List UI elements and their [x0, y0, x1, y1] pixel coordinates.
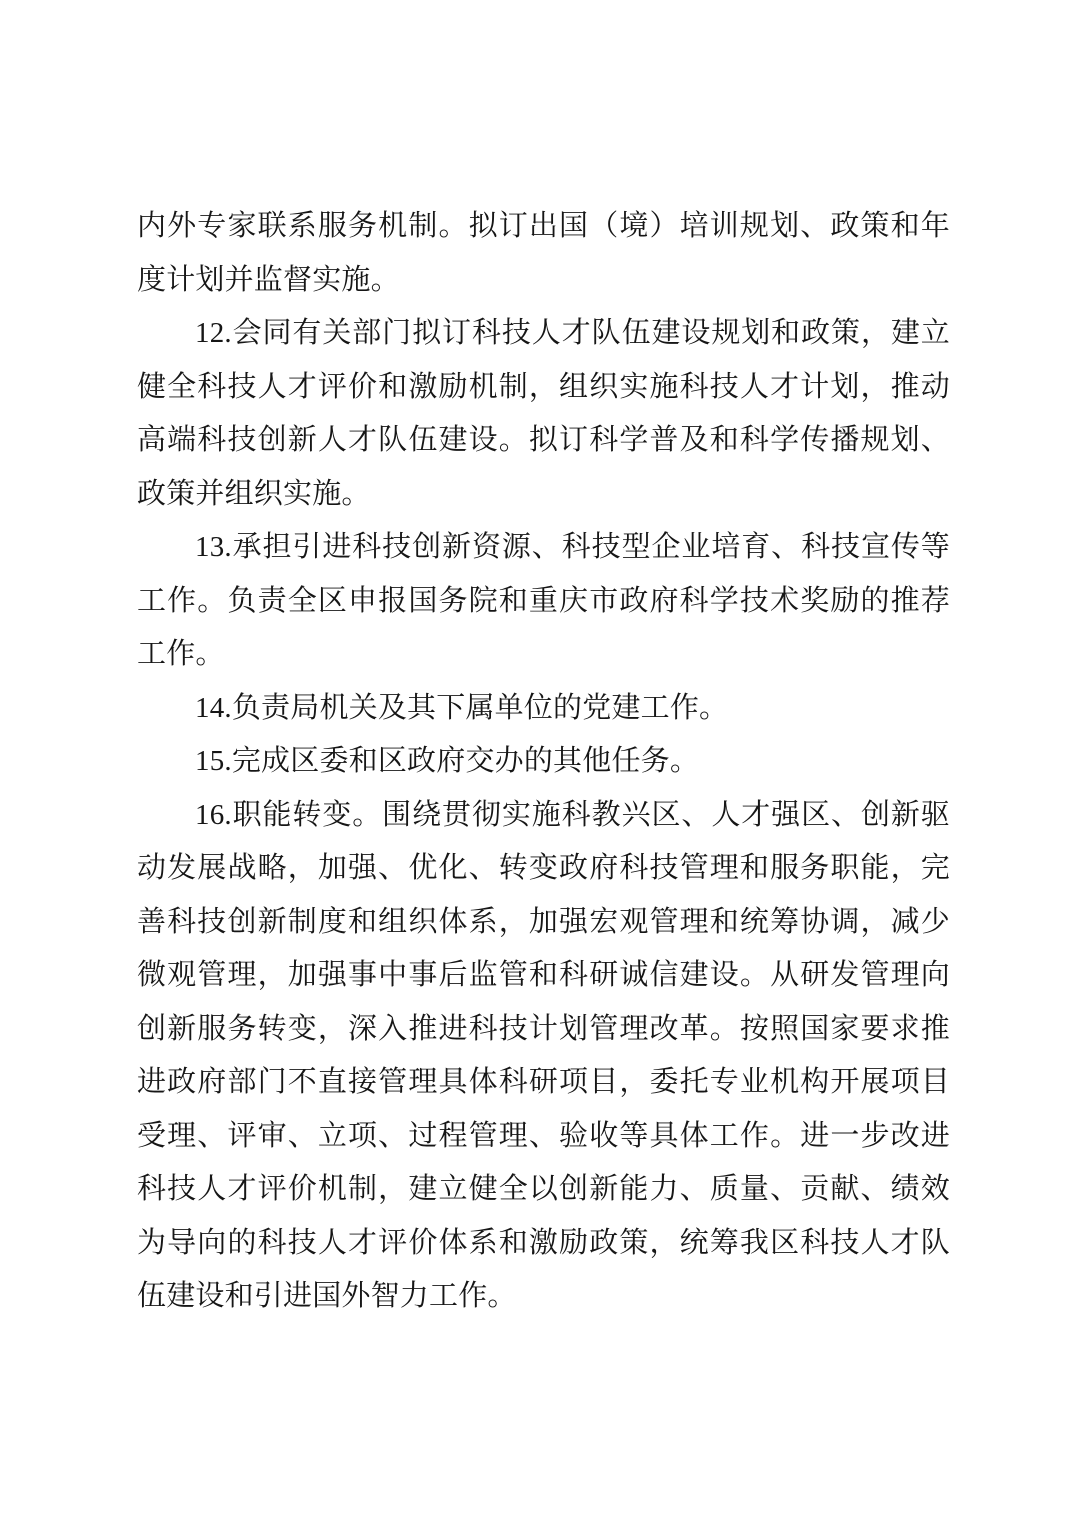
- text-line: 科技人才评价机制，建立健全以创新能力、质量、贡献、绩效: [137, 1163, 950, 1217]
- text-line: 创新服务转变，深入推进科技计划管理改革。按照国家要求推: [137, 1003, 950, 1057]
- document-page: 内外专家联系服务机制。拟订出国（境）培训规划、政策和年 度计划并监督实施。 12…: [0, 0, 1075, 1520]
- document-body: 内外专家联系服务机制。拟订出国（境）培训规划、政策和年 度计划并监督实施。 12…: [137, 200, 950, 1324]
- text-line: 工作。: [137, 628, 950, 682]
- text-line: 高端科技创新人才队伍建设。拟订科学普及和科学传播规划、: [137, 414, 950, 468]
- text-line: 为导向的科技人才评价体系和激励政策，统筹我区科技人才队: [137, 1217, 950, 1271]
- text-line: 15.完成区委和区政府交办的其他任务。: [137, 735, 950, 789]
- text-line: 动发展战略，加强、优化、转变政府科技管理和服务职能，完: [137, 842, 950, 896]
- text-line: 受理、评审、立项、过程管理、验收等具体工作。进一步改进: [137, 1110, 950, 1164]
- text-line: 健全科技人才评价和激励机制，组织实施科技人才计划，推动: [137, 361, 950, 415]
- text-line: 16.职能转变。围绕贯彻实施科教兴区、人才强区、创新驱: [137, 789, 950, 843]
- text-line: 度计划并监督实施。: [137, 254, 950, 308]
- text-line: 13.承担引进科技创新资源、科技型企业培育、科技宣传等: [137, 521, 950, 575]
- text-line: 伍建设和引进国外智力工作。: [137, 1270, 950, 1324]
- text-line: 进政府部门不直接管理具体科研项目，委托专业机构开展项目: [137, 1056, 950, 1110]
- text-line: 12.会同有关部门拟订科技人才队伍建设规划和政策，建立: [137, 307, 950, 361]
- text-line: 工作。负责全区申报国务院和重庆市政府科学技术奖励的推荐: [137, 575, 950, 629]
- text-line: 微观管理，加强事中事后监管和科研诚信建设。从研发管理向: [137, 949, 950, 1003]
- text-line: 内外专家联系服务机制。拟订出国（境）培训规划、政策和年: [137, 200, 950, 254]
- text-line: 14.负责局机关及其下属单位的党建工作。: [137, 682, 950, 736]
- text-line: 善科技创新制度和组织体系，加强宏观管理和统筹协调，减少: [137, 896, 950, 950]
- text-line: 政策并组织实施。: [137, 468, 950, 522]
